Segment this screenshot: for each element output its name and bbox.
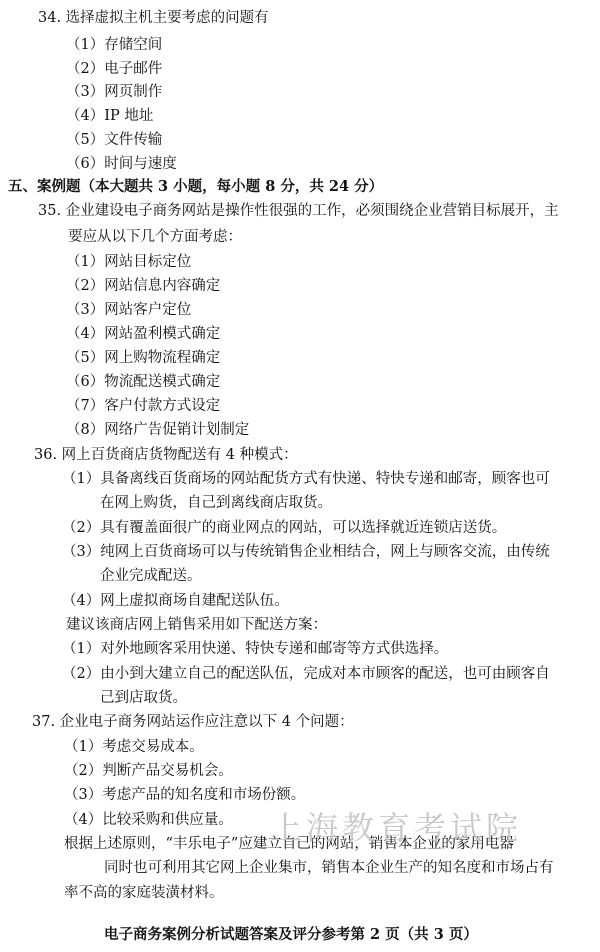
q37-conclusion-line2: 同时也可利用其它网上企业集市，销售本企业生产的知名度和市场占有	[104, 858, 554, 878]
q35-item-2: （2）网站信息内容确定	[66, 276, 220, 296]
q36-title: 36. 网上百货商店货物配送有 4 种模式：	[34, 445, 298, 465]
q34-item-4: （4）IP 地址	[66, 106, 153, 126]
q36-plan-1: （1）对外地顾客采用快递、特快专递和邮寄等方式供选择。	[62, 639, 448, 659]
q36-plan-2-line2: 己到店取货。	[100, 688, 187, 708]
q34-title: 34. 选择虚拟主机主要考虑的问题有	[38, 8, 269, 28]
q36-item-1-line1: （1）具备离线百货商场的网站配货方式有快递、特快专递和邮寄，顾客也可	[62, 469, 550, 489]
q34-item-6: （6）时间与速度	[66, 154, 177, 174]
q36-suggestion: 建议该商店网上销售采用如下配送方案：	[66, 615, 327, 635]
q37-title: 37. 企业电子商务网站运作应注意以下 4 个问题：	[32, 712, 354, 732]
q37-item-3: （3）考虑产品的知名度和市场份额。	[64, 785, 305, 805]
q34-item-5: （5）文件传输	[66, 130, 162, 150]
q37-conclusion-line3: 率不高的家庭装潢材料。	[64, 883, 224, 903]
q36-item-2: （2）具有覆盖面很广的商业网点的网站，可以选择就近连锁店送货。	[62, 518, 506, 538]
q35-title-line1: 35. 企业建设电子商务网站是操作性很强的工作，必须围绕企业营销目标展开，主	[38, 201, 559, 221]
q35-item-3: （3）网站客户定位	[66, 300, 191, 320]
q36-item-3-line2: 企业完成配送。	[100, 566, 202, 586]
q34-item-3: （3）网页制作	[66, 82, 162, 102]
q35-item-7: （7）客户付款方式设定	[66, 396, 220, 416]
section-5-heading: 五、案例题（本大题共 3 小题，每小题 8 分，共 24 分）	[8, 177, 383, 197]
q37-item-1: （1）考虑交易成本。	[64, 737, 204, 757]
q35-item-6: （6）物流配送模式确定	[66, 372, 220, 392]
q37-item-2: （2）判断产品交易机会。	[64, 761, 233, 781]
watermark: 上海教育考试院	[270, 803, 522, 849]
page-footer: 电子商务案例分析试题答案及评分参考第 2 页（共 3 页）	[104, 925, 478, 945]
q34-item-2: （2）电子邮件	[66, 59, 162, 79]
q35-item-4: （4）网站盈利模式确定	[66, 324, 220, 344]
q36-item-4: （4）网上虚拟商场自建配送队伍。	[62, 591, 289, 611]
q35-title-line2: 要应从以下几个方面考虑：	[68, 227, 242, 247]
q36-item-3-line1: （3）纯网上百货商场可以与传统销售企业相结合，网上与顾客交流，由传统	[62, 542, 550, 562]
q35-item-8: （8）网络广告促销计划制定	[66, 420, 249, 440]
q35-item-5: （5）网上购物流程确定	[66, 348, 220, 368]
q35-item-1: （1）网站目标定位	[66, 252, 191, 272]
q34-item-1: （1）存储空间	[66, 35, 162, 55]
q37-item-4: （4）比较采购和供应量。	[64, 810, 233, 830]
q36-plan-2-line1: （2）由小到大建立自己的配送队伍，完成对本市顾客的配送，也可由顾客自	[62, 664, 550, 684]
q36-item-1-line2: 在网上购货，自己到离线商店取货。	[100, 493, 332, 513]
